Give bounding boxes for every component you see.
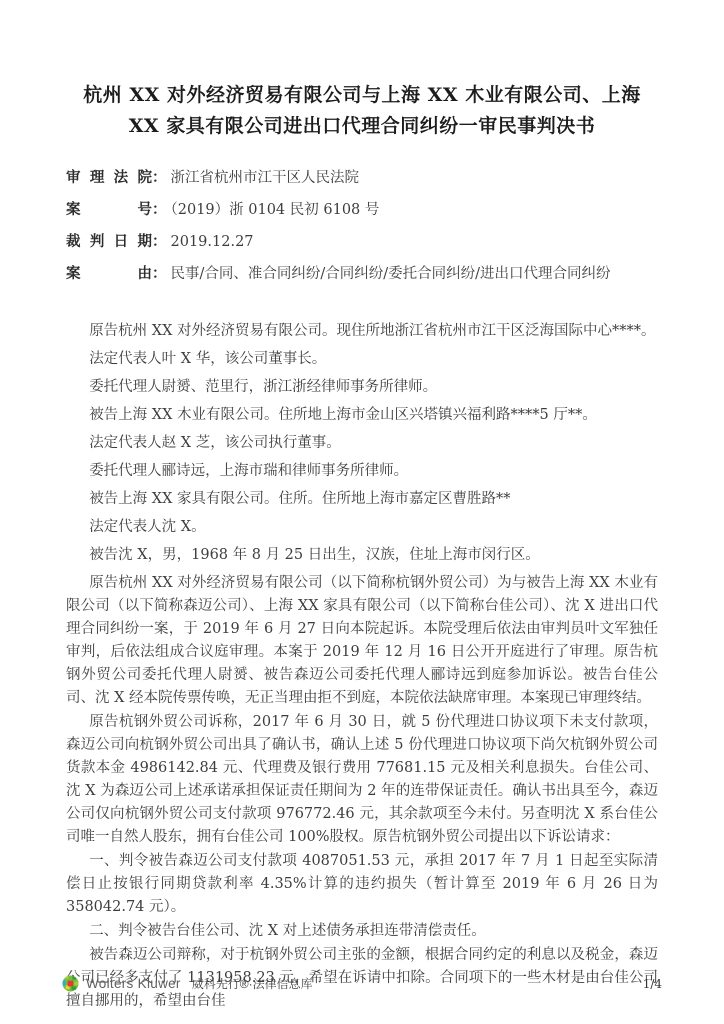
paragraph-claim-item-2: 二、判令被告台佳公司、沈 X 对上述债务承担连带清偿责任。 [66, 920, 658, 943]
meta-colon: ： [152, 233, 167, 250]
product-name: 威科先行®·法律信息库 [192, 975, 313, 992]
judgment-document-page: 杭州 XX 对外经济贸易有限公司与上海 XX 木业有限公司、上海 XX 家具有限… [0, 0, 724, 1024]
paragraph-plaintiff-legal-rep: 法定代表人叶 X 华，该公司董事长。 [66, 348, 658, 371]
paragraph-claim-item-1: 一、判令被告森迈公司支付款项 4087051.53 元，承担 2017 年 7 … [66, 850, 658, 919]
meta-row-cause-of-action: 案由：民事/合同、准合同纠纷/合同纠纷/委托合同纠纷/进出口代理合同纠纷 [66, 258, 658, 290]
footer: Wolters Kluwer 威科先行®·法律信息库 1/4 [62, 975, 662, 992]
paragraph-defendant1-agent: 委托代理人郦诗远，上海市瑞和律师事务所律师。 [66, 460, 658, 483]
paragraph-defendant2-legal-rep: 法定代表人沈 X。 [66, 516, 658, 539]
meta-row-court: 审理法院：浙江省杭州市江干区人民法院 [66, 162, 658, 194]
meta-value-case-number: （2019）浙 0104 民初 6108 号 [171, 202, 380, 218]
meta-label-case-number: 案号 [66, 194, 152, 226]
meta-value-cause-of-action: 民事/合同、准合同纠纷/合同纠纷/委托合同纠纷/进出口代理合同纠纷 [171, 266, 611, 282]
wolters-kluwer-globe-icon [62, 975, 79, 992]
paragraph-defendant2-info: 被告上海 XX 家具有限公司。住所。住所地上海市嘉定区曹胜路** [66, 488, 658, 511]
page-number: 1/4 [643, 977, 662, 991]
meta-colon: ： [152, 201, 167, 218]
document-body: 原告杭州 XX 对外经济贸易有限公司。现住所地浙江省杭州市江干区泛海国际中心**… [66, 320, 658, 1013]
meta-label-judgment-date: 裁判日期 [66, 226, 152, 258]
metadata-section: 审理法院：浙江省杭州市江干区人民法院 案号：（2019）浙 0104 民初 61… [66, 162, 658, 290]
paragraph-plaintiff-claims: 原告杭钢外贸公司诉称，2017 年 6 月 30 日，就 5 份代理进口协议项下… [66, 711, 658, 849]
meta-row-judgment-date: 裁判日期：2019.12.27 [66, 226, 658, 258]
meta-colon: ： [152, 169, 167, 186]
paragraph-plaintiff-info: 原告杭州 XX 对外经济贸易有限公司。现住所地浙江省杭州市江干区泛海国际中心**… [66, 320, 658, 343]
meta-label-court: 审理法院 [66, 162, 152, 194]
brand-wordmark: Wolters Kluwer [86, 976, 181, 991]
paragraph-defendant1-info: 被告上海 XX 木业有限公司。住所地上海市金山区兴塔镇兴福利路****5 厅**… [66, 404, 658, 427]
meta-colon: ： [152, 265, 167, 282]
paragraph-plaintiff-agents: 委托代理人尉赟、范里行，浙江浙经律师事务所律师。 [66, 376, 658, 399]
paragraph-case-procedure: 原告杭州 XX 对外经济贸易有限公司（以下简称杭钢外贸公司）为与被告上海 XX … [66, 572, 658, 710]
meta-row-case-number: 案号：（2019）浙 0104 民初 6108 号 [66, 194, 658, 226]
paragraph-defendant1-legal-rep: 法定代表人赵 X 芝，该公司执行董事。 [66, 432, 658, 455]
meta-label-cause-of-action: 案由 [66, 258, 152, 290]
paragraph-defendant3-info: 被告沈 X，男，1968 年 8 月 25 日出生，汉族，住址上海市闵行区。 [66, 544, 658, 567]
meta-value-judgment-date: 2019.12.27 [171, 234, 254, 250]
document-title: 杭州 XX 对外经济贸易有限公司与上海 XX 木业有限公司、上海 XX 家具有限… [70, 80, 654, 142]
meta-value-court: 浙江省杭州市江干区人民法院 [171, 170, 360, 186]
